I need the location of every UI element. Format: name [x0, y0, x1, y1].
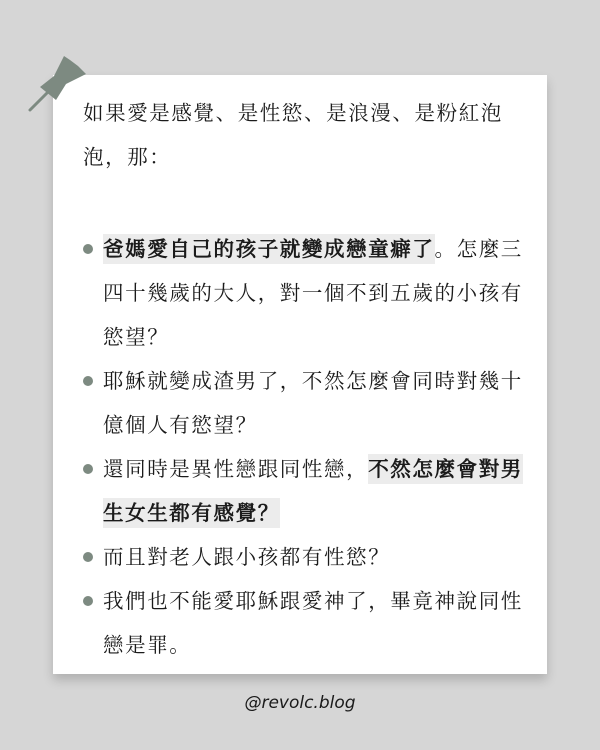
list-item: 我們也不能愛耶穌跟愛神了，畢竟神說同性戀是罪。: [83, 579, 523, 667]
list-item: 爸媽愛自己的孩子就變成戀童癖了。怎麼三四十幾歲的大人，對一個不到五歲的小孩有慾望…: [83, 227, 523, 359]
item-text: 耶穌就變成渣男了，不然怎麼會同時對幾十億個人有慾望？: [103, 369, 523, 437]
pushpin-icon: [26, 54, 88, 116]
bullet-dot-icon: [83, 596, 93, 606]
list-item: 還同時是異性戀跟同性戀，不然怎麼會對男生女生都有感覺？: [83, 447, 523, 535]
bullet-dot-icon: [83, 244, 93, 254]
bullet-dot-icon: [83, 464, 93, 474]
note-content: 如果愛是感覺、是性慾、是浪漫、是粉紅泡泡，那： 爸媽愛自己的孩子就變成戀童癖了。…: [83, 91, 523, 667]
item-text: 而且對老人跟小孩都有性慾？: [103, 545, 390, 569]
note-card: 如果愛是感覺、是性慾、是浪漫、是粉紅泡泡，那： 爸媽愛自己的孩子就變成戀童癖了。…: [53, 75, 547, 674]
list-item: 耶穌就變成渣男了，不然怎麼會同時對幾十億個人有慾望？: [83, 359, 523, 447]
item-text: 我們也不能愛耶穌跟愛神了，畢竟神說同性戀是罪。: [103, 589, 523, 657]
intro-text: 如果愛是感覺、是性慾、是浪漫、是粉紅泡泡，那：: [83, 91, 523, 179]
bullet-dot-icon: [83, 552, 93, 562]
bullet-dot-icon: [83, 376, 93, 386]
list-item: 而且對老人跟小孩都有性慾？: [83, 535, 523, 579]
item-text: 還同時是異性戀跟同性戀，: [103, 457, 368, 481]
bullet-list: 爸媽愛自己的孩子就變成戀童癖了。怎麼三四十幾歲的大人，對一個不到五歲的小孩有慾望…: [83, 227, 523, 667]
blog-handle: @revolc.blog: [0, 693, 600, 713]
highlighted-text: 爸媽愛自己的孩子就變成戀童癖了: [103, 234, 435, 264]
